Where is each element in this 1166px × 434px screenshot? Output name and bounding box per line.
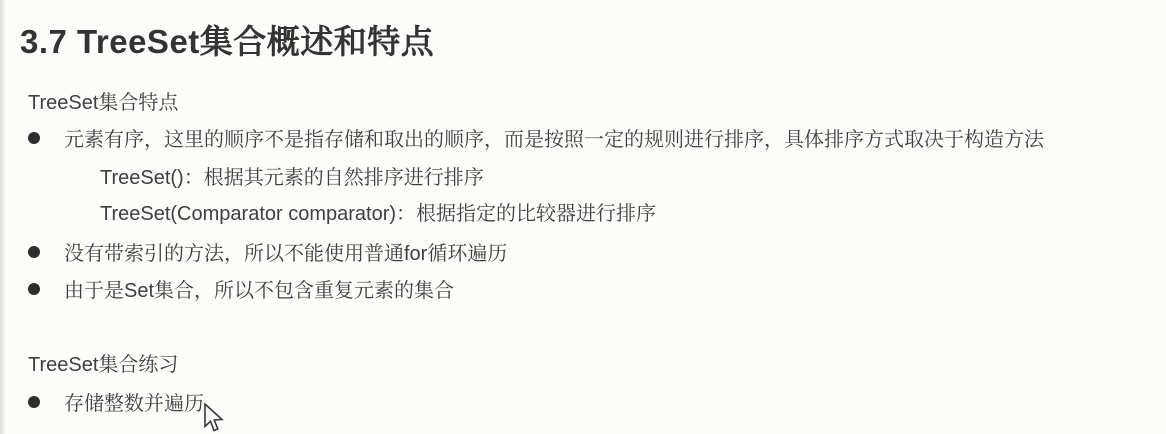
- bullet-item: 元素有序，这里的顺序不是指存储和取出的顺序，而是按照一定的规则进行排序，具体排序…: [28, 123, 1044, 152]
- bullet-icon: [28, 246, 40, 258]
- left-edge-shade: [0, 0, 6, 434]
- mouse-cursor-icon: [201, 403, 224, 434]
- document-page: 3.7 TreeSet集合概述和特点 TreeSet集合特点 元素有序，这里的顺…: [0, 0, 1166, 434]
- bullet-icon: [28, 283, 40, 295]
- page-title: 3.7 TreeSet集合概述和特点: [20, 16, 434, 63]
- bullet-item: 由于是Set集合，所以不包含重复元素的集合: [28, 274, 454, 303]
- section-label-exercise: TreeSet集合练习: [28, 348, 178, 377]
- bullet-icon: [28, 132, 40, 144]
- bullet-text-store-integers: 存储整数并遍历: [64, 387, 204, 416]
- sub-item-treeset-comparator-constructor: TreeSet(Comparator comparator)：根据指定的比较器进…: [100, 197, 656, 226]
- sub-item-treeset-constructor: TreeSet()：根据其元素的自然排序进行排序: [100, 161, 484, 190]
- bullet-text-ordered-elements: 元素有序，这里的顺序不是指存储和取出的顺序，而是按照一定的规则进行排序，具体排序…: [64, 123, 1044, 152]
- bullet-text-no-duplicates: 由于是Set集合，所以不包含重复元素的集合: [64, 274, 454, 303]
- bullet-item: 存储整数并遍历: [28, 387, 204, 416]
- bullet-icon: [28, 396, 40, 408]
- section-label-features: TreeSet集合特点: [28, 86, 178, 115]
- bullet-item: 没有带索引的方法，所以不能使用普通for循环遍历: [28, 237, 507, 266]
- bullet-text-no-index: 没有带索引的方法，所以不能使用普通for循环遍历: [64, 237, 507, 266]
